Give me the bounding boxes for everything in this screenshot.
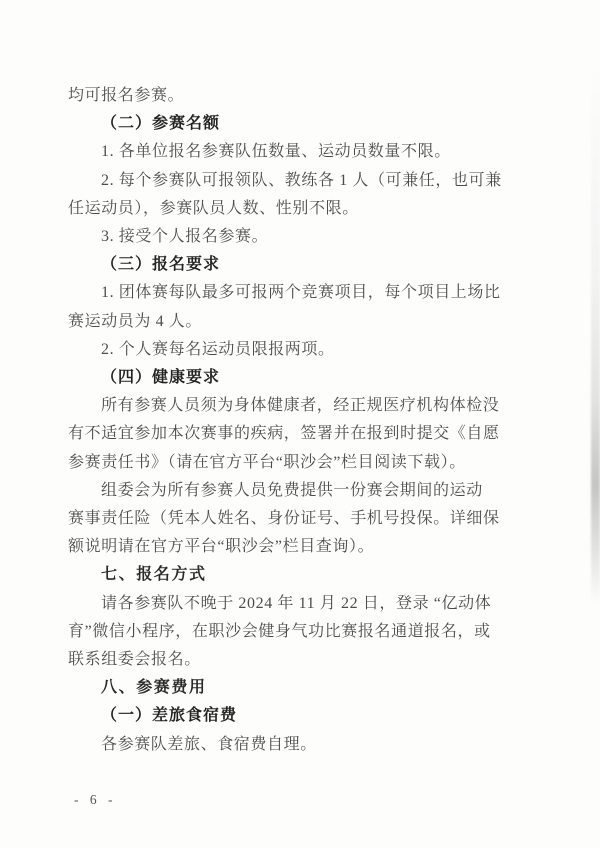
text-line: 育”微信小程序，在职沙会健身气功比赛报名通道报名，或	[68, 618, 560, 646]
document-page: 均可报名参赛。 （二）参赛名额 1. 各单位报名参赛队伍数量、运动员数量不限。 …	[0, 0, 600, 848]
subsection-heading-3: （三）报名要求	[68, 251, 560, 279]
text-line: 有不适宜参加本次赛事的疾病，签署并在报到时提交《自愿	[68, 420, 560, 448]
section-heading-8: 八、参赛费用	[68, 674, 560, 702]
list-item: 3. 接受个人报名参赛。	[68, 223, 560, 251]
subsection-heading-1: （一）差旅食宿费	[68, 702, 560, 730]
text-line: 均可报名参赛。	[68, 82, 560, 110]
subsection-heading-4: （四）健康要求	[68, 364, 560, 392]
document-body: 均可报名参赛。 （二）参赛名额 1. 各单位报名参赛队伍数量、运动员数量不限。 …	[68, 82, 560, 759]
paragraph-first-line: 所有参赛人员须为身体健康者，经正规医疗机构体检没	[68, 392, 560, 420]
list-item: 1. 团体赛每队最多可报两个竞赛项目，每个项目上场比	[68, 279, 560, 307]
subsection-heading-2: （二）参赛名额	[68, 110, 560, 138]
paragraph-first-line: 组委会为所有参赛人员免费提供一份赛会期间的运动	[68, 477, 560, 505]
list-item: 2. 每个参赛队可报领队、教练各 1 人（可兼任，也可兼	[68, 167, 560, 195]
text-line: 赛运动员为 4 人。	[68, 308, 560, 336]
scan-edge-shadow	[591, 60, 600, 605]
paragraph-first-line: 请各参赛队不晚于 2024 年 11 月 22 日，登录 “亿动体	[68, 590, 560, 618]
text-line: 任运动员），参赛队员人数、性别不限。	[68, 195, 560, 223]
page-number: - 6 -	[74, 790, 117, 810]
list-item: 2. 个人赛每名运动员限报两项。	[68, 336, 560, 364]
text-line: 额说明请在官方平台“职沙会”栏目查询）。	[68, 533, 560, 561]
paragraph-first-line: 各参赛队差旅、食宿费自理。	[68, 731, 560, 759]
list-item: 1. 各单位报名参赛队伍数量、运动员数量不限。	[68, 138, 560, 166]
section-heading-7: 七、报名方式	[68, 561, 560, 589]
text-line: 联系组委会报名。	[68, 646, 560, 674]
text-line: 参赛责任书》（请在官方平台“职沙会”栏目阅读下载）。	[68, 449, 560, 477]
text-line: 赛事责任险（凭本人姓名、身份证号、手机号投保。详细保	[68, 505, 560, 533]
